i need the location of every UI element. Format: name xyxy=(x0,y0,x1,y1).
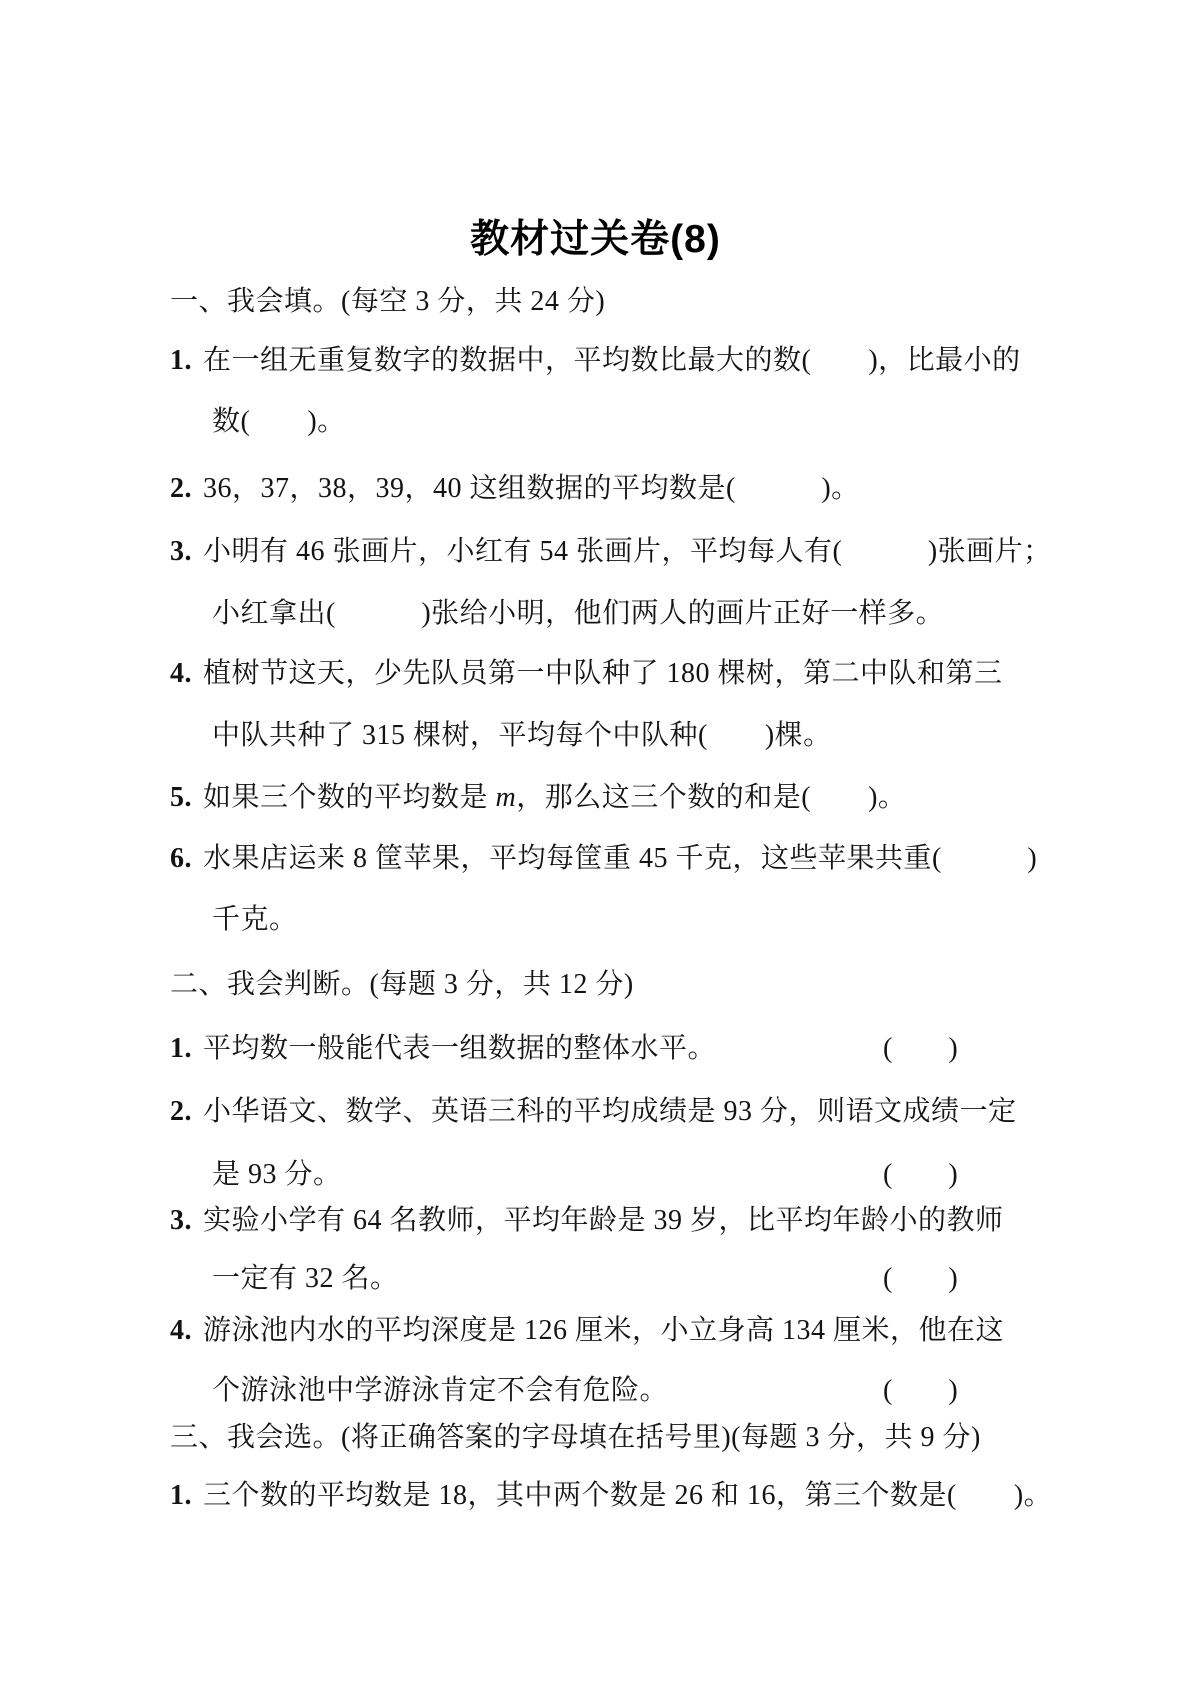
choice-q1-line-1: 1.三个数的平均数是 18，其中两个数是 26 和 16，第三个数是( )。 xyxy=(170,1478,1052,1514)
question-text: 实验小学有 64 名教师，平均年龄是 39 岁，比平均年龄小的教师 xyxy=(203,1205,1004,1236)
fill-q3-line-2: 小红拿出( )张给小明，他们两人的画片正好一样多。 xyxy=(212,596,944,632)
question-text: 小明有 46 张画片，小红有 54 张画片，平均每人有( )张画片； xyxy=(203,536,1052,567)
judge-q3-line-2: 一定有 32 名。 xyxy=(212,1261,399,1297)
question-number: 5. xyxy=(170,782,192,813)
judge-q4-line-1: 4.游泳池内水的平均深度是 126 厘米，小立身高 134 厘米，他在这 xyxy=(170,1313,1004,1349)
judge-q4-line-2: 个游泳池中学游泳肯定不会有危险。 xyxy=(212,1373,668,1409)
question-number: 1. xyxy=(170,345,192,376)
judge-q4-answer-bracket: ( ) xyxy=(883,1373,958,1409)
question-number: 1. xyxy=(170,1480,192,1511)
worksheet-page: 教材过关卷(8) 一、我会填。(每空 3 分，共 24 分) 1.在一组无重复数… xyxy=(0,0,1191,1684)
question-text: 水果店运来 8 筐苹果，平均每筐重 45 千克，这些苹果共重( ) xyxy=(203,843,1037,874)
question-number: 3. xyxy=(170,1205,192,1236)
question-number: 2. xyxy=(170,473,192,504)
choice-section-header: 三、我会选。(将正确答案的字母填在括号里)(每题 3 分，共 9 分) xyxy=(170,1420,981,1456)
question-text: 如果三个数的平均数是 xyxy=(203,782,496,813)
question-text: 三个数的平均数是 18，其中两个数是 26 和 16，第三个数是( )。 xyxy=(203,1480,1052,1511)
judge-q2-line-2: 是 93 分。 xyxy=(212,1157,342,1193)
question-number: 4. xyxy=(170,1315,192,1346)
question-number: 6. xyxy=(170,843,192,874)
question-number: 1. xyxy=(170,1033,192,1064)
question-number: 3. xyxy=(170,536,192,567)
judge-q3-answer-bracket: ( ) xyxy=(883,1261,958,1297)
question-text: 植树节这天，少先队员第一中队种了 180 棵树，第二中队和第三 xyxy=(203,658,1003,689)
question-number: 2. xyxy=(170,1096,192,1127)
math-variable: m xyxy=(496,782,517,813)
fill-q2-line-1: 2.36，37，38，39，40 这组数据的平均数是( )。 xyxy=(170,471,860,507)
question-text: 小华语文、数学、英语三科的平均成绩是 93 分，则语文成绩一定 xyxy=(203,1096,1017,1127)
fill-q1-line-1: 1.在一组无重复数字的数据中，平均数比最大的数( )，比最小的 xyxy=(170,343,1021,379)
question-text: 36，37，38，39，40 这组数据的平均数是( )。 xyxy=(203,473,860,504)
judge-section-header: 二、我会判断。(每题 3 分，共 12 分) xyxy=(170,967,634,1003)
question-text: ，那么这三个数的和是( )。 xyxy=(516,782,906,813)
question-text: 在一组无重复数字的数据中，平均数比最大的数( )，比最小的 xyxy=(203,345,1021,376)
fill-q1-line-2: 数( )。 xyxy=(212,404,346,440)
fill-q6-line-1: 6.水果店运来 8 筐苹果，平均每筐重 45 千克，这些苹果共重( ) xyxy=(170,841,1037,877)
judge-q1-line-1: 1.平均数一般能代表一组数据的整体水平。 xyxy=(170,1031,716,1067)
question-text: 平均数一般能代表一组数据的整体水平。 xyxy=(203,1033,716,1064)
page-title: 教材过关卷(8) xyxy=(0,208,1191,264)
judge-q3-line-1: 3.实验小学有 64 名教师，平均年龄是 39 岁，比平均年龄小的教师 xyxy=(170,1203,1004,1239)
fill-q4-line-2: 中队共种了 315 棵树，平均每个中队种( )棵。 xyxy=(212,718,832,754)
fill-q4-line-1: 4.植树节这天，少先队员第一中队种了 180 棵树，第二中队和第三 xyxy=(170,656,1003,692)
question-text: 游泳池内水的平均深度是 126 厘米，小立身高 134 厘米，他在这 xyxy=(203,1315,1004,1346)
judge-q1-answer-bracket: ( ) xyxy=(883,1031,958,1067)
fill-section-header: 一、我会填。(每空 3 分，共 24 分) xyxy=(170,284,605,320)
judge-q2-line-1: 2.小华语文、数学、英语三科的平均成绩是 93 分，则语文成绩一定 xyxy=(170,1094,1017,1130)
judge-q2-answer-bracket: ( ) xyxy=(883,1157,958,1193)
fill-q3-line-1: 3.小明有 46 张画片，小红有 54 张画片，平均每人有( )张画片； xyxy=(170,534,1052,570)
fill-q6-line-2: 千克。 xyxy=(212,902,298,938)
question-number: 4. xyxy=(170,658,192,689)
fill-q5-line-1: 5.如果三个数的平均数是 m，那么这三个数的和是( )。 xyxy=(170,780,906,816)
